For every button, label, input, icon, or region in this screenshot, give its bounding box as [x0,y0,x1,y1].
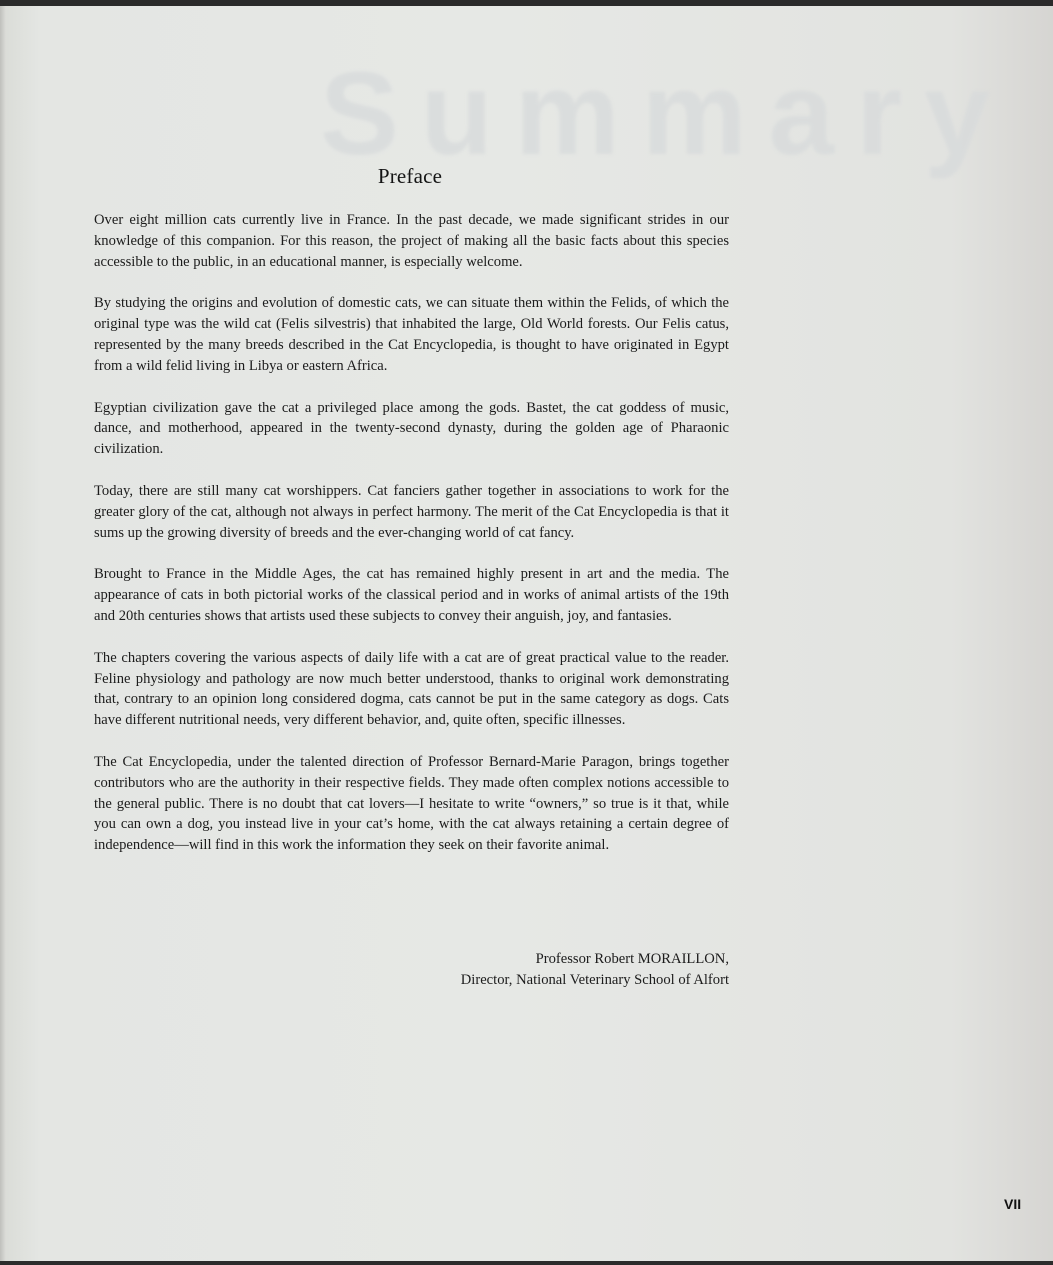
preface-body: Over eight million cats currently live i… [94,210,729,877]
paragraph: Over eight million cats currently live i… [94,210,729,272]
paragraph: The chapters covering the various aspect… [94,648,729,731]
signature-block: Professor Robert MORAILLON, Director, Na… [94,949,729,991]
page-bottom-edge [0,1261,1053,1265]
signature-title: Director, National Veterinary School of … [94,970,729,991]
paragraph: By studying the origins and evolution of… [94,293,729,376]
paragraph: Egyptian civilization gave the cat a pri… [94,398,729,460]
page-number: VII [1004,1196,1021,1212]
book-page: Summary Preface Over eight million cats … [0,6,1053,1261]
paragraph: The Cat Encyclopedia, under the talented… [94,752,729,856]
show-through-ghost-title: Summary [320,46,1012,182]
paragraph: Today, there are still many cat worshipp… [94,481,729,543]
page-title: Preface [0,164,820,189]
paragraph: Brought to France in the Middle Ages, th… [94,564,729,626]
signature-name: Professor Robert MORAILLON, [94,949,729,970]
